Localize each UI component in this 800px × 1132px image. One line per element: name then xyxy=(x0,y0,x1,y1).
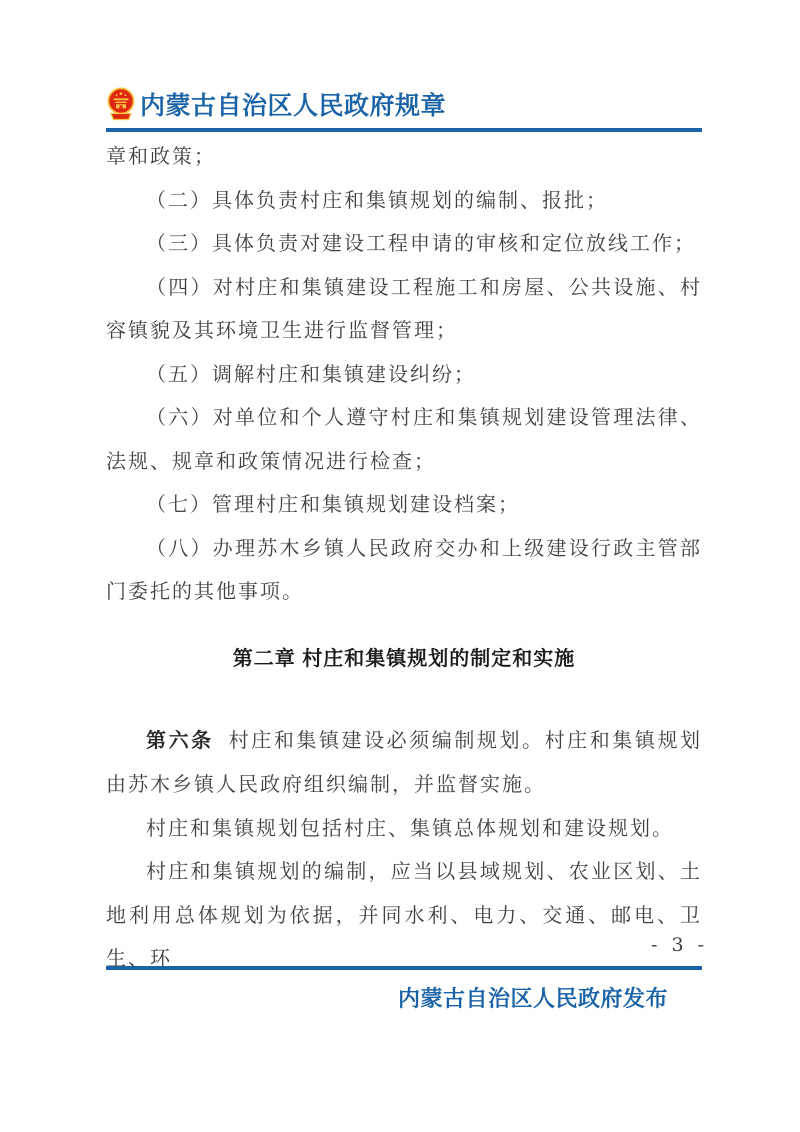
body-paragraph: （七）管理村庄和集镇规划建设档案； xyxy=(106,483,702,527)
article-6-label: 第六条 xyxy=(146,730,214,752)
body-paragraph: （四）对村庄和集镇建设工程施工和房屋、公共设施、村容镇貌及其环境卫生进行监督管理… xyxy=(106,266,702,353)
body-paragraph: 村庄和集镇规划包括村庄、集镇总体规划和建设规划。 xyxy=(106,807,702,851)
document-header: 内蒙古自治区人民政府规章 xyxy=(106,86,702,122)
page-number: - 3 - xyxy=(651,934,708,956)
body-paragraph: 村庄和集镇规划的编制，应当以县域规划、农业区划、土地利用总体规划为依据，并同水利… xyxy=(106,850,702,981)
footer-divider xyxy=(106,966,702,970)
body-paragraph: （六）对单位和个人遵守村庄和集镇规划建设管理法律、法规、规章和政策情况进行检查； xyxy=(106,396,702,483)
publisher-line: 内蒙古自治区人民政府发布 xyxy=(398,982,668,1013)
body-paragraph: （八）办理苏木乡镇人民政府交办和上级建设行政主管部门委托的其他事项。 xyxy=(106,527,702,614)
national-emblem-icon xyxy=(106,87,136,121)
body-paragraph: （五）调解村庄和集镇建设纠纷； xyxy=(106,353,702,397)
header-divider xyxy=(106,128,702,132)
body-paragraph-continued: 章和政策； xyxy=(106,135,702,179)
chapter-heading: 第二章 村庄和集镇规划的制定和实施 xyxy=(106,644,702,674)
body-paragraph: （二）具体负责村庄和集镇规划的编制、报批； xyxy=(106,179,702,223)
document-page: 内蒙古自治区人民政府规章 章和政策； （二）具体负责村庄和集镇规划的编制、报批；… xyxy=(0,0,800,1132)
body-paragraph: （三）具体负责对建设工程申请的审核和定位放线工作； xyxy=(106,222,702,266)
document-series-title: 内蒙古自治区人民政府规章 xyxy=(140,86,446,122)
document-body: 章和政策； （二）具体负责村庄和集镇规划的编制、报批； （三）具体负责对建设工程… xyxy=(106,135,702,981)
article-6-paragraph: 第六条村庄和集镇建设必须编制规划。村庄和集镇规划由苏木乡镇人民政府组织编制，并监… xyxy=(106,719,702,807)
